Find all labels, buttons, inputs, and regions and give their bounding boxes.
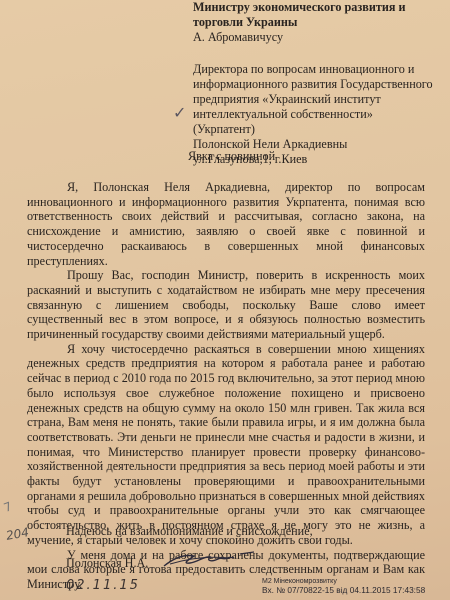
sender-line: предприятия «Украинский институт (193, 92, 448, 107)
registration-stamp: М2 Мінекономрозвитку Вх. № 07/70822-15 в… (262, 577, 425, 595)
closing-line: Надеюсь на взаимопонимание и снисхождени… (66, 524, 313, 539)
sender-line: информационного развития Государственног… (193, 77, 448, 92)
sender-line: Директора по вопросам инновационного и (193, 62, 448, 77)
document-title: Явка с повинной (188, 149, 275, 164)
handwritten-date: 02.11.15 (66, 578, 140, 593)
body-paragraph: Прошу Вас, господин Министр, поверить в … (27, 268, 425, 342)
body-paragraph: Я хочу чистосердечно раскаяться в соверш… (27, 342, 425, 548)
margin-handwritten-mark: 7 (2, 499, 14, 515)
addressee-block: Министру экономического развития и торго… (193, 0, 448, 45)
sender-line: (Укрпатент) (193, 122, 448, 137)
sender-line: интеллектуальной собственности» (193, 107, 448, 122)
addressee-name: А. Абромавичусу (193, 30, 448, 45)
handwritten-signature-icon (160, 548, 255, 570)
body-paragraph: Я, Полонская Неля Аркадиевна, директор п… (27, 180, 425, 268)
addressee-line-2: торговли Украины (193, 15, 448, 30)
handwritten-checkmark-icon: ✓ (173, 103, 186, 123)
signature-name: Полонская Н.А. (66, 556, 148, 571)
stamp-line-2: Вх. № 07/70822-15 від 04.11.2015 17:43:5… (262, 586, 425, 595)
addressee-line-1: Министру экономического развития и (193, 0, 448, 15)
document-page: Министру экономического развития и торго… (0, 0, 450, 600)
